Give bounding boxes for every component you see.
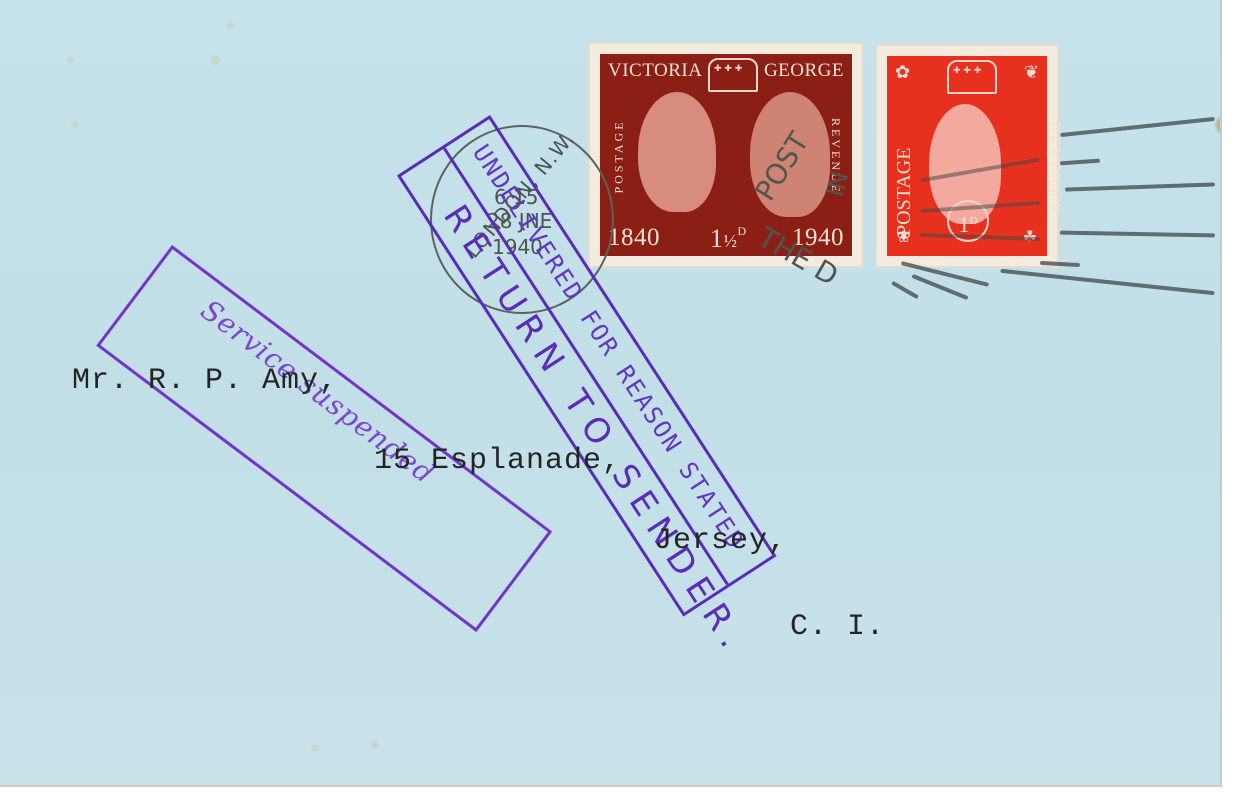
address-recipient: Mr. R. P. Amy, xyxy=(72,364,338,398)
value-unit: D xyxy=(738,224,747,238)
value-whole: 1 xyxy=(959,212,970,237)
cancel-line xyxy=(1065,182,1215,191)
value-fraction: ½ xyxy=(724,231,738,251)
stamp-label-george: GEORGE xyxy=(764,60,844,82)
address-street: 15 Esplanade, xyxy=(374,444,621,478)
stamp-label-postage: POSTAGE xyxy=(893,148,916,236)
crown-icon xyxy=(947,60,997,94)
queen-victoria-portrait-icon xyxy=(638,92,716,212)
daffodil-icon: ❀ xyxy=(897,227,910,246)
stamp-design: VICTORIA GEORGE POSTAGE REVENUE 1840 1½D… xyxy=(600,54,852,256)
stamp-year-1840: 1840 xyxy=(608,224,660,252)
cancel-line xyxy=(891,281,919,299)
thistle-icon: ❦ xyxy=(1024,62,1039,83)
envelope: VICTORIA GEORGE POSTAGE REVENUE 1840 1½D… xyxy=(0,0,1222,787)
stamp-label-victoria: VICTORIA xyxy=(608,60,702,82)
cancel-line xyxy=(1000,269,1214,295)
cancel-line xyxy=(1060,231,1215,238)
stamp-label-postage: POSTAGE xyxy=(612,119,627,193)
stamp-george-1d: ✿ ❦ POSTAGE REVENUE ❀ 1D ☘ xyxy=(877,46,1057,266)
value-whole: 1 xyxy=(710,224,724,253)
value-unit: D xyxy=(970,215,978,227)
cancel-line xyxy=(1060,159,1100,166)
cancel-line xyxy=(1040,261,1080,267)
crown-icon xyxy=(708,58,758,92)
stamp-centenary-1-half-d: VICTORIA GEORGE POSTAGE REVENUE 1840 1½D… xyxy=(590,44,862,266)
address-town: Jersey, xyxy=(654,524,787,558)
rose-icon: ✿ xyxy=(895,62,910,83)
stamp-design: ✿ ❦ POSTAGE REVENUE ❀ 1D ☘ xyxy=(887,56,1047,256)
address-region: C. I. xyxy=(790,610,885,644)
stamp-value: 1½D xyxy=(710,224,747,254)
cancel-line xyxy=(1060,117,1215,137)
